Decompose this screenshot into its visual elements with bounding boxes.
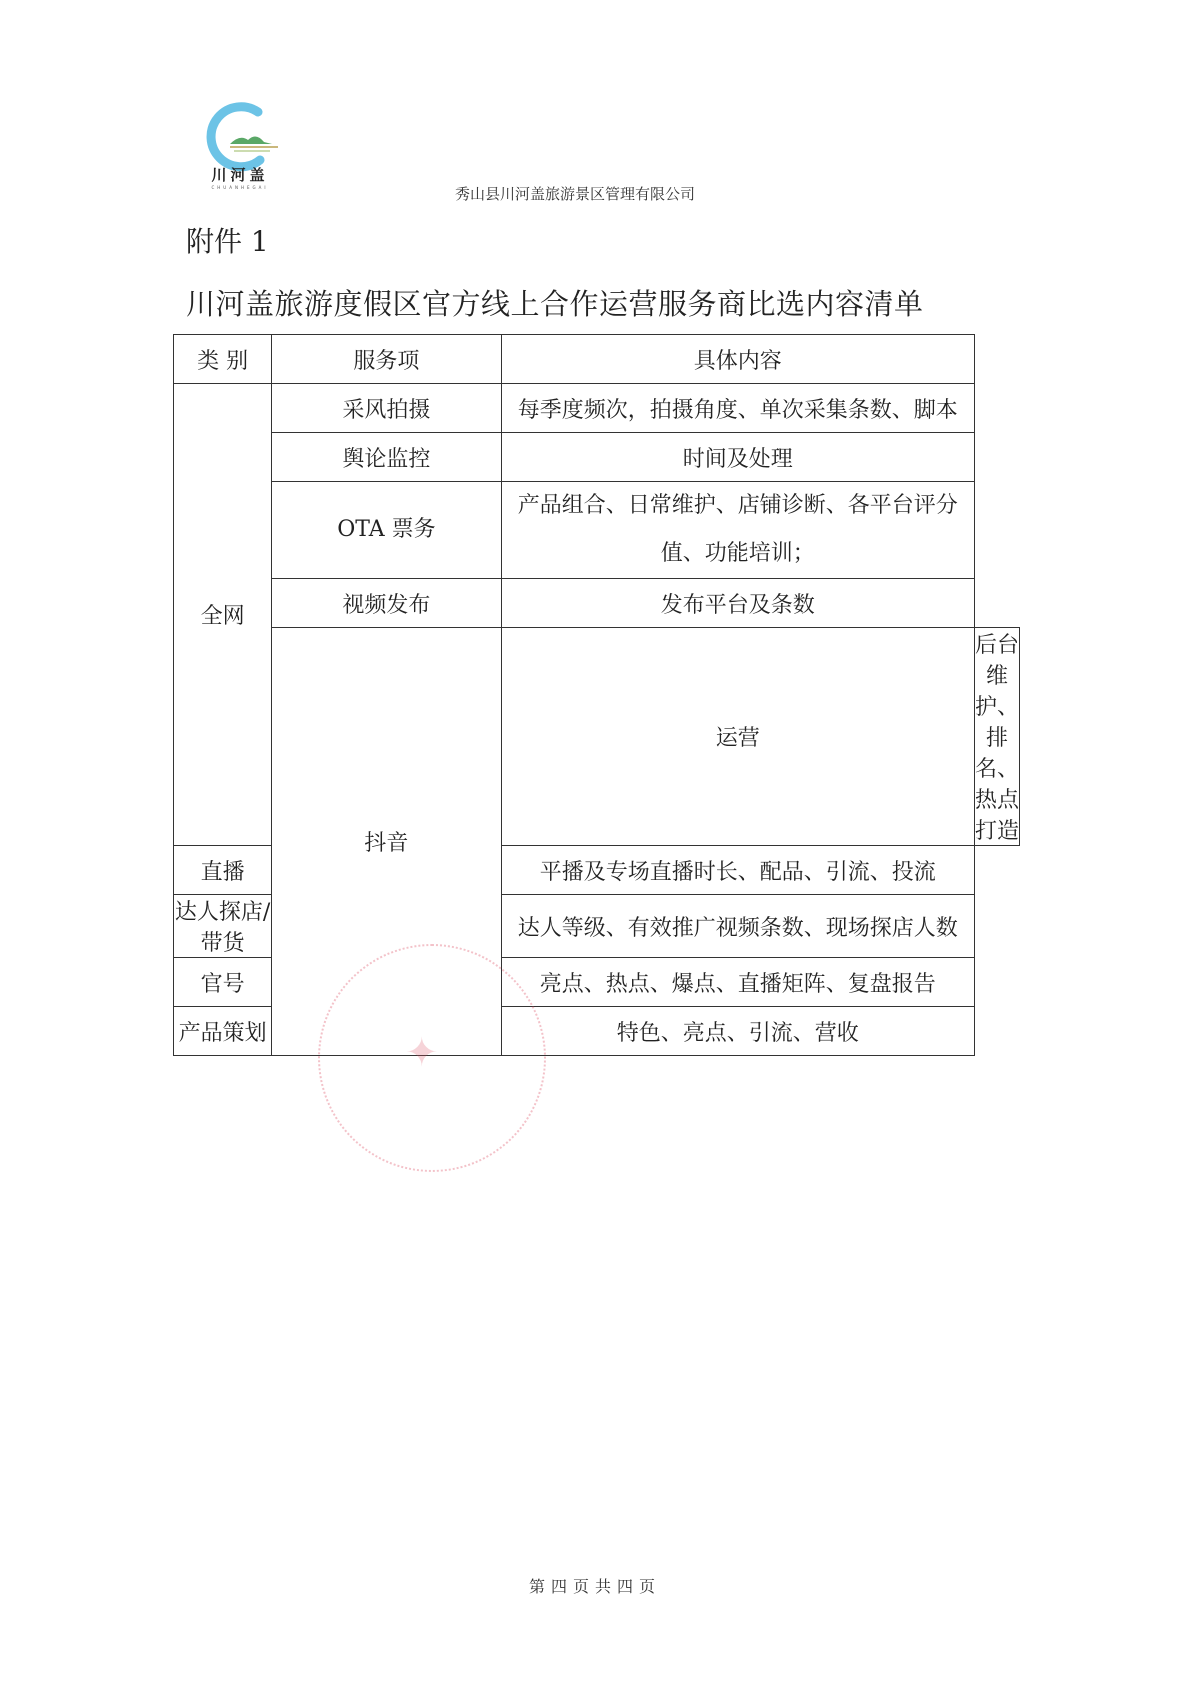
content-cell: 特色、亮点、引流、营收	[501, 1007, 974, 1056]
content-cell: 平播及专场直播时长、配品、引流、投流	[501, 846, 974, 895]
service-item-cell: 直播	[174, 846, 272, 895]
content-cell: 达人等级、有效推广视频条数、现场探店人数	[501, 895, 974, 958]
service-item-cell: 运营	[501, 628, 974, 846]
table-row: OTA 票务 产品组合、日常维护、店铺诊断、各平台评分值、功能培训；	[174, 482, 1020, 579]
service-item-cell: OTA 票务	[272, 482, 501, 579]
content-table: 类 别 服务项 具体内容 全网 采风拍摄 每季度频次，拍摄角度、单次采集条数、脚…	[173, 334, 1020, 1056]
content-cell: 后台维护、排名、热点打造	[975, 628, 1020, 846]
header-service-item: 服务项	[272, 335, 501, 384]
table-row: 抖音 运营 后台维护、排名、热点打造	[174, 628, 1020, 846]
header-category: 类 别	[174, 335, 272, 384]
content-cell: 时间及处理	[501, 433, 974, 482]
category-cell: 全网	[174, 384, 272, 846]
company-name: 秀山县川河盖旅游景区管理有限公司	[455, 183, 695, 204]
logo-subtext: CHUANHEGAI	[200, 185, 280, 190]
header-content: 具体内容	[501, 335, 974, 384]
content-cell: 产品组合、日常维护、店铺诊断、各平台评分值、功能培训；	[501, 482, 974, 579]
content-cell: 亮点、热点、爆点、直播矩阵、复盘报告	[501, 958, 974, 1007]
table-row: 舆论监控 时间及处理	[174, 433, 1020, 482]
content-cell: 发布平台及条数	[501, 579, 974, 628]
document-title: 川河盖旅游度假区官方线上合作运营服务商比选内容清单	[186, 282, 924, 323]
service-item-cell: 产品策划	[174, 1007, 272, 1056]
table-row: 全网 采风拍摄 每季度频次，拍摄角度、单次采集条数、脚本	[174, 384, 1020, 433]
service-item-cell: 达人探店/带货	[174, 895, 272, 958]
attachment-label: 附件 1	[186, 220, 269, 260]
service-item-cell: 舆论监控	[272, 433, 501, 482]
service-item-cell: 官号	[174, 958, 272, 1007]
seal-star-icon: ✦	[405, 1030, 439, 1076]
table-row: 视频发布 发布平台及条数	[174, 579, 1020, 628]
service-item-cell: 视频发布	[272, 579, 501, 628]
page-footer: 第四页共四页	[0, 1574, 1190, 1597]
table-header-row: 类 别 服务项 具体内容	[174, 335, 1020, 384]
service-item-cell: 采风拍摄	[272, 384, 501, 433]
content-cell: 每季度频次，拍摄角度、单次采集条数、脚本	[501, 384, 974, 433]
logo-text: 川河盖	[200, 164, 280, 185]
